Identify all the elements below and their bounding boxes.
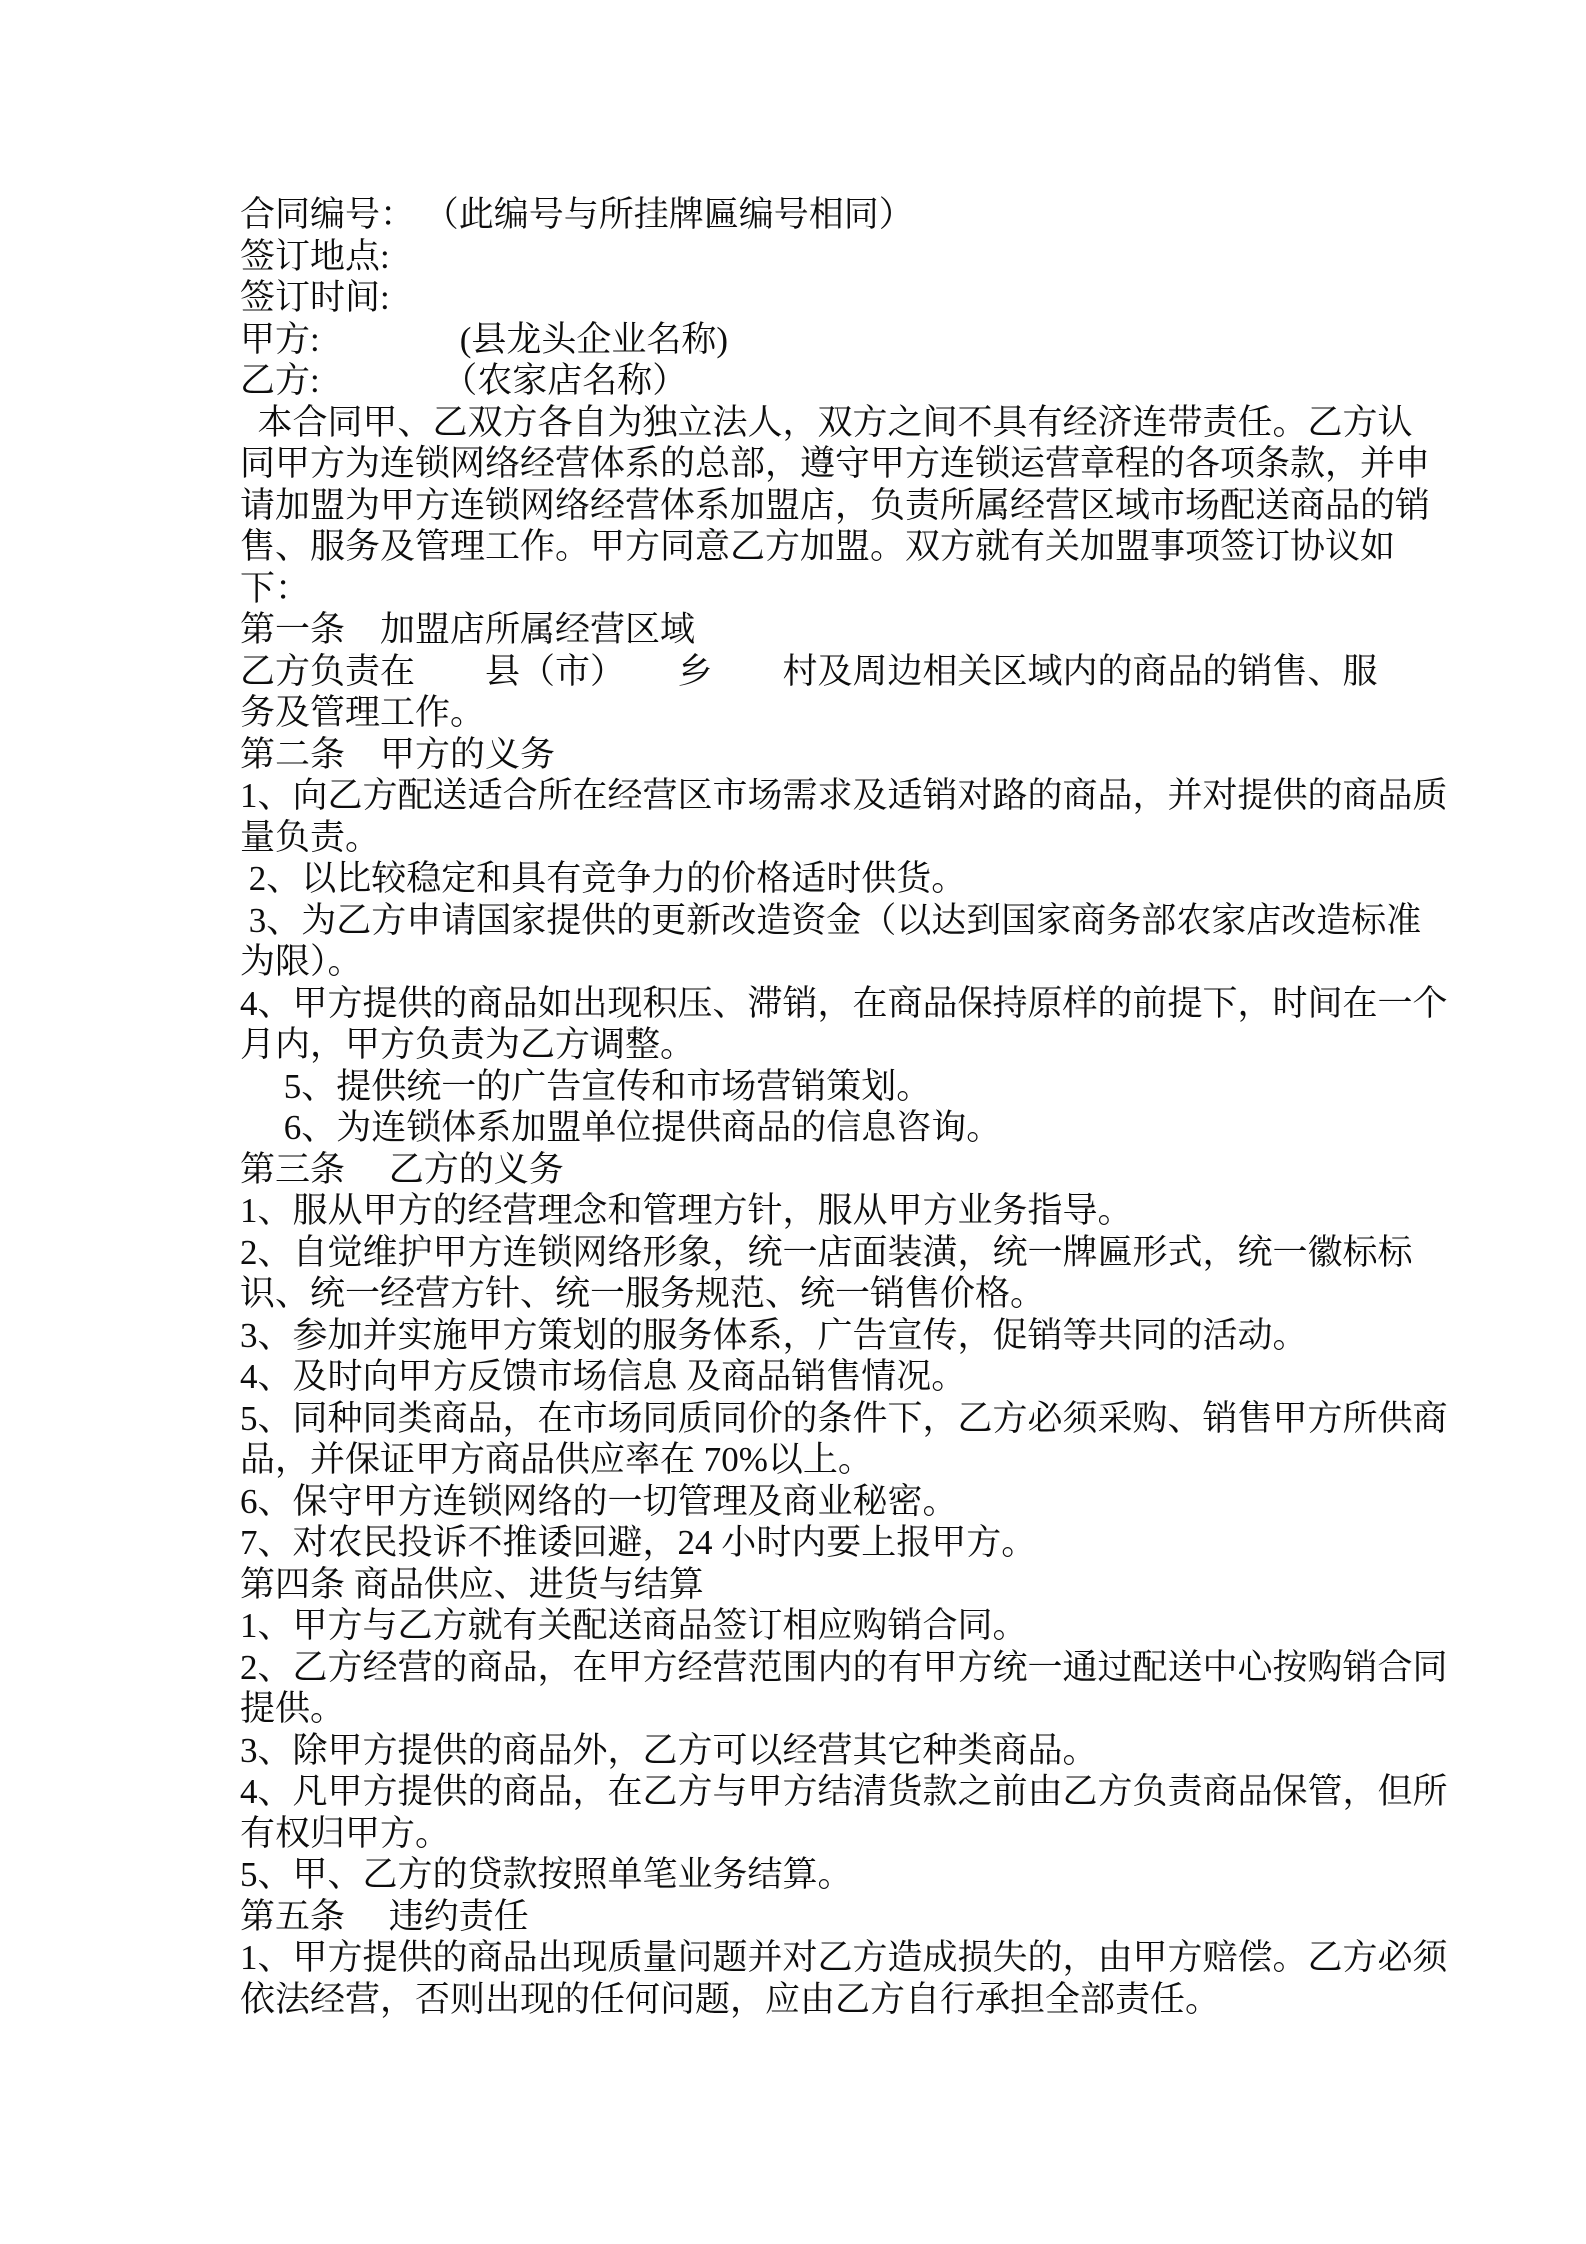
contract-line: 依法经营，否则出现的任何问题，应由乙方自行承担全部责任。 xyxy=(240,1979,1500,2021)
contract-line: 3、为乙方申请国家提供的更新改造资金（以达到国家商务部农家店改造标准 xyxy=(240,900,1500,942)
contract-line: 请加盟为甲方连锁网络经营体系加盟店，负责所属经营区域市场配送商品的销 xyxy=(240,485,1500,527)
contract-line: 2、以比较稳定和具有竞争力的价格适时供货。 xyxy=(240,858,1500,900)
contract-line: 3、参加并实施甲方策划的服务体系，广告宣传，促销等共同的活动。 xyxy=(240,1315,1500,1357)
contract-line: 5、甲、乙方的贷款按照单笔业务结算。 xyxy=(240,1854,1500,1896)
contract-line: 4、凡甲方提供的商品，在乙方与甲方结清货款之前由乙方负责商品保管，但所 xyxy=(240,1771,1500,1813)
contract-page: 合同编号： （此编号与所挂牌匾编号相同）签订地点:签订时间:甲方: (县龙头企业… xyxy=(0,0,1586,2244)
contract-line: 有权归甲方。 xyxy=(240,1813,1500,1855)
contract-line: 1、甲方与乙方就有关配送商品签订相应购销合同。 xyxy=(240,1605,1500,1647)
contract-line: 4、及时向甲方反馈市场信息 及商品销售情况。 xyxy=(240,1356,1500,1398)
contract-text-block: 合同编号： （此编号与所挂牌匾编号相同）签订地点:签订时间:甲方: (县龙头企业… xyxy=(240,194,1500,2020)
contract-line: 量负责。 xyxy=(240,817,1500,859)
contract-line: 乙方负责在 县（市） 乡 村及周边相关区域内的商品的销售、服 xyxy=(240,651,1500,693)
contract-line: 4、甲方提供的商品如出现积压、滞销，在商品保持原样的前提下，时间在一个 xyxy=(240,983,1500,1025)
contract-line: 提供。 xyxy=(240,1688,1500,1730)
contract-line: 7、对农民投诉不推诿回避，24 小时内要上报甲方。 xyxy=(240,1522,1500,1564)
contract-line: 3、除甲方提供的商品外，乙方可以经营其它种类商品。 xyxy=(240,1730,1500,1772)
contract-line: 签订时间: xyxy=(240,277,1500,319)
contract-line: 品，并保证甲方商品供应率在 70%以上。 xyxy=(240,1439,1500,1481)
contract-line: 1、向乙方配送适合所在经营区市场需求及适销对路的商品，并对提供的商品质 xyxy=(240,775,1500,817)
contract-line: 5、同种同类商品，在市场同质同价的条件下，乙方必须采购、销售甲方所供商 xyxy=(240,1398,1500,1440)
contract-line: 同甲方为连锁网络经营体系的总部，遵守甲方连锁运营章程的各项条款，并申 xyxy=(240,443,1500,485)
contract-line: 识、统一经营方针、统一服务规范、统一销售价格。 xyxy=(240,1273,1500,1315)
contract-line: 下： xyxy=(240,568,1500,610)
contract-line: 第四条 商品供应、进货与结算 xyxy=(240,1564,1500,1606)
contract-line: 5、提供统一的广告宣传和市场营销策划。 xyxy=(240,1066,1500,1108)
contract-line: 2、乙方经营的商品，在甲方经营范围内的有甲方统一通过配送中心按购销合同 xyxy=(240,1647,1500,1689)
contract-line: 甲方: (县龙头企业名称) xyxy=(240,319,1500,361)
contract-line: 签订地点: xyxy=(240,236,1500,278)
contract-line: 1、服从甲方的经营理念和管理方针，服从甲方业务指导。 xyxy=(240,1190,1500,1232)
contract-line: 为限）。 xyxy=(240,941,1500,983)
contract-line: 第三条 乙方的义务 xyxy=(240,1149,1500,1191)
contract-line: 月内，甲方负责为乙方调整。 xyxy=(240,1024,1500,1066)
contract-line: 合同编号： （此编号与所挂牌匾编号相同） xyxy=(240,194,1500,236)
contract-line: 第二条 甲方的义务 xyxy=(240,734,1500,776)
contract-line: 1、甲方提供的商品出现质量问题并对乙方造成损失的，由甲方赔偿。乙方必须 xyxy=(240,1937,1500,1979)
contract-line: 6、为连锁体系加盟单位提供商品的信息咨询。 xyxy=(240,1107,1500,1149)
contract-line: 2、自觉维护甲方连锁网络形象，统一店面装潢，统一牌匾形式，统一徽标标 xyxy=(240,1232,1500,1274)
contract-line: 本合同甲、乙双方各自为独立法人，双方之间不具有经济连带责任。乙方认 xyxy=(240,402,1500,444)
contract-line: 售、服务及管理工作。甲方同意乙方加盟。双方就有关加盟事项签订协议如 xyxy=(240,526,1500,568)
contract-line: 乙方: （农家店名称） xyxy=(240,360,1500,402)
contract-line: 第一条 加盟店所属经营区域 xyxy=(240,609,1500,651)
contract-line: 务及管理工作。 xyxy=(240,692,1500,734)
contract-line: 第五条 违约责任 xyxy=(240,1896,1500,1938)
contract-line: 6、保守甲方连锁网络的一切管理及商业秘密。 xyxy=(240,1481,1500,1523)
